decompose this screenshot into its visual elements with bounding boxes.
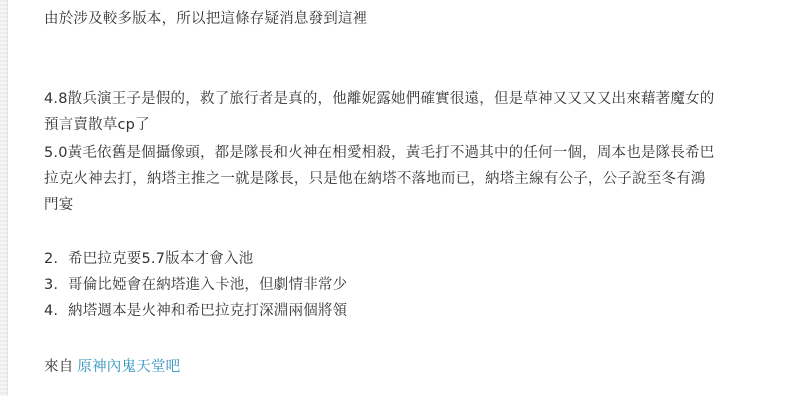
source-attribution: 來自原神內鬼天堂吧	[44, 354, 180, 380]
paragraph-line: 門宴	[44, 192, 774, 218]
list-text: 哥倫比婭會在納塔進入卡池，但劇情非常少	[68, 277, 347, 293]
list-text: 納塔週本是火神和希巴拉克打深淵兩個將領	[68, 303, 347, 319]
left-rail-border	[0, 0, 8, 396]
paragraph-line: 拉克火神去打，納塔主推之一就是隊長，只是他在納塔不落地而已，納塔主線有公子，公子…	[44, 166, 774, 192]
intro-paragraph: 由於涉及較多版本，所以把這條存疑消息發到這裡	[44, 6, 367, 32]
list-item: 3.哥倫比婭會在納塔進入卡池，但劇情非常少	[44, 272, 347, 298]
source-prefix: 來自	[44, 359, 73, 375]
paragraph-line: 預言賣散草cp了	[44, 112, 774, 138]
list-text: 希巴拉克要5.7版本才會入池	[68, 251, 253, 267]
numbered-list: 2.希巴拉克要5.7版本才會入池 3.哥倫比婭會在納塔進入卡池，但劇情非常少 4…	[44, 246, 347, 324]
paragraph-version-4-8: 4.8散兵演王子是假的，救了旅行者是真的，他離妮露她們確實很遠，但是草神又又又又…	[44, 86, 774, 138]
list-number: 2.	[44, 246, 68, 272]
source-forum-link[interactable]: 原神內鬼天堂吧	[77, 359, 180, 375]
paragraph-line: 4.8散兵演王子是假的，救了旅行者是真的，他離妮露她們確實很遠，但是草神又又又又…	[44, 86, 774, 112]
list-number: 4.	[44, 298, 68, 324]
paragraph-line: 5.0黃毛依舊是個攝像頭，都是隊長和火神在相愛相殺，黃毛打不過其中的任何一個，周…	[44, 140, 774, 166]
paragraph-version-5-0: 5.0黃毛依舊是個攝像頭，都是隊長和火神在相愛相殺，黃毛打不過其中的任何一個，周…	[44, 140, 774, 218]
list-item: 2.希巴拉克要5.7版本才會入池	[44, 246, 347, 272]
list-number: 3.	[44, 272, 68, 298]
intro-text: 由於涉及較多版本，所以把這條存疑消息發到這裡	[44, 6, 367, 32]
list-item: 4.納塔週本是火神和希巴拉克打深淵兩個將領	[44, 298, 347, 324]
